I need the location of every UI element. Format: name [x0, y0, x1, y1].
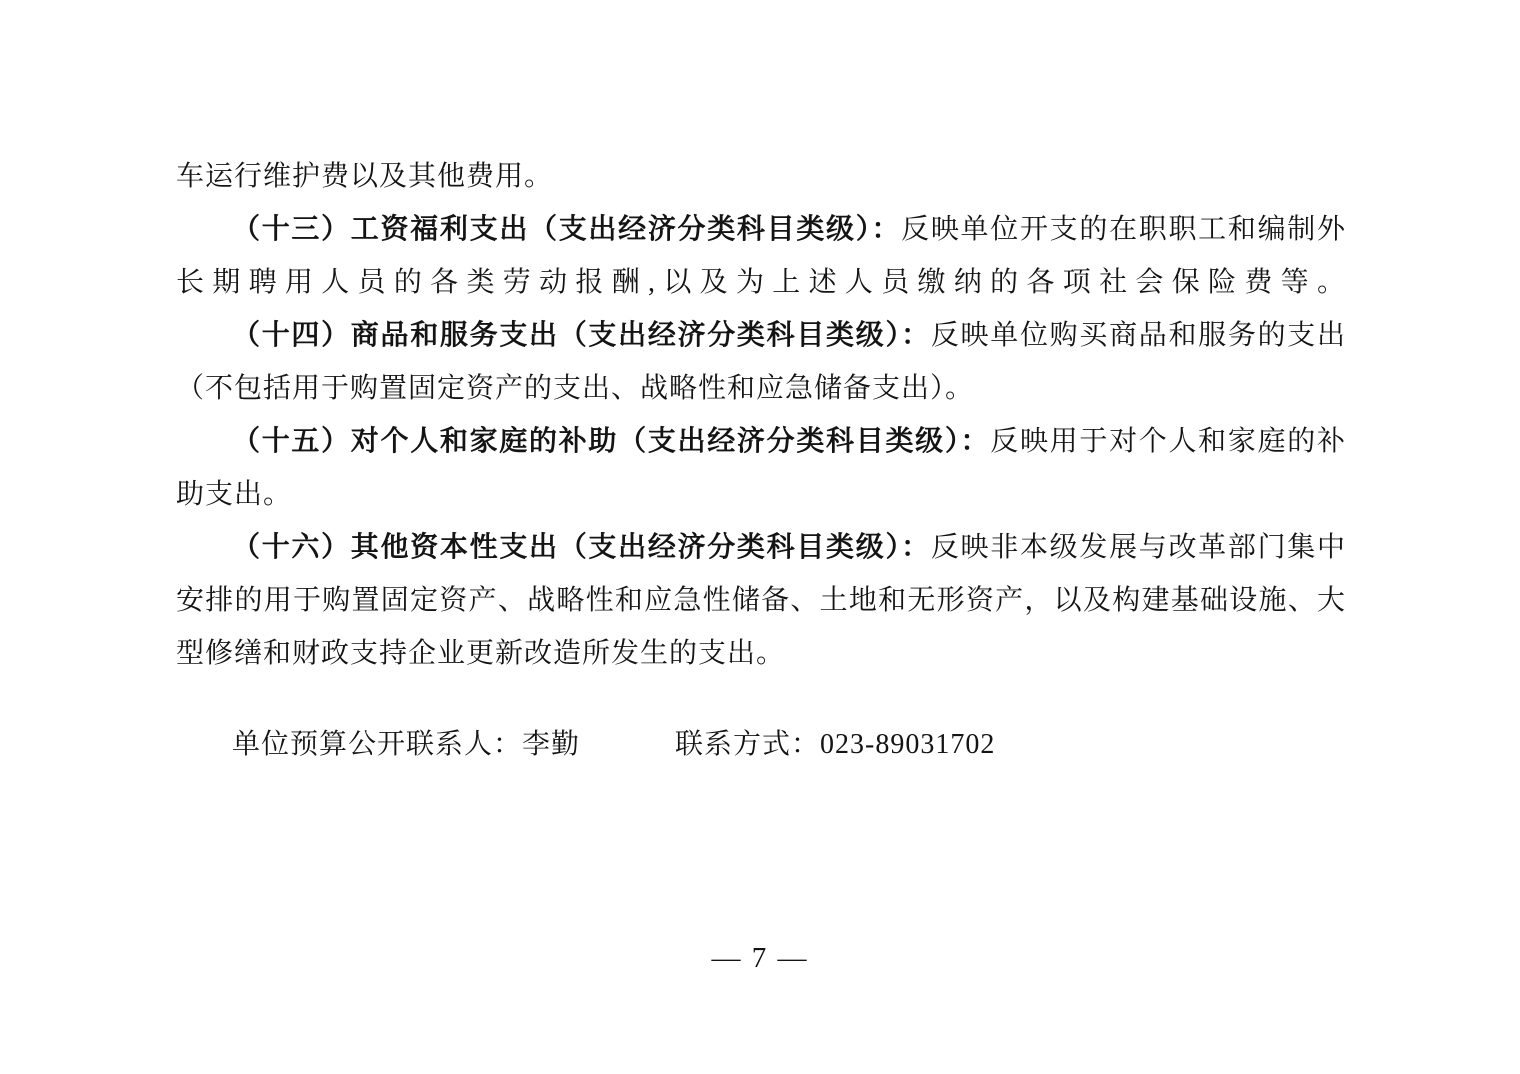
paragraph-heading: （十五）对个人和家庭的补助（支出经济分类科目类级）： [232, 426, 990, 457]
paragraph-heading: （十六）其他资本性支出（支出经济分类科目类级）： [232, 532, 931, 563]
paragraph-text: 长期聘用人员的各类劳动报酬,以及为上述人员缴纳的各项社会保险费等。 [176, 267, 1345, 298]
text-line: （不包括用于购置固定资产的支出、战略性和应急储备支出）。 [176, 362, 1345, 415]
paragraph-text: （不包括用于购置固定资产的支出、战略性和应急储备支出）。 [176, 373, 974, 404]
paragraph-text: 助支出。 [176, 479, 292, 510]
paragraph-text: 反映非本级发展与改革部门集中 [931, 532, 1345, 563]
paragraph-text: 型修缮和财政支持企业更新改造所发生的支出。 [176, 638, 785, 669]
paragraph-text: 反映单位开支的在职职工和编制外 [901, 214, 1345, 245]
paragraph-heading: （十四）商品和服务支出（支出经济分类科目类级）： [232, 320, 931, 351]
paragraph-heading: （十三）工资福利支出（支出经济分类科目类级）： [232, 214, 901, 245]
page-number: — 7 — [0, 933, 1520, 983]
text-line: （十五）对个人和家庭的补助（支出经济分类科目类级）：反映用于对个人和家庭的补 [176, 415, 1345, 468]
paragraph-text: 安排的用于购置固定资产、战略性和应急性储备、土地和无形资产，以及构建基础设施、大 [176, 585, 1345, 616]
text-line: 车运行维护费以及其他费用。 [176, 150, 1345, 203]
text-line: （十四）商品和服务支出（支出经济分类科目类级）：反映单位购买商品和服务的支出 [176, 309, 1345, 362]
paragraph-text: 反映单位购买商品和服务的支出 [931, 320, 1345, 351]
contact-line: 单位预算公开联系人：李勤联系方式：023-89031702 [176, 718, 1345, 771]
text-line: （十六）其他资本性支出（支出经济分类科目类级）：反映非本级发展与改革部门集中 [176, 521, 1345, 574]
paragraph-text: 反映用于对个人和家庭的补 [990, 426, 1345, 457]
contact-person: 单位预算公开联系人：李勤 [232, 729, 580, 760]
text-line: 型修缮和财政支持企业更新改造所发生的支出。 [176, 627, 1345, 680]
text-line: 长期聘用人员的各类劳动报酬,以及为上述人员缴纳的各项社会保险费等。 [176, 256, 1345, 309]
document-body: 车运行维护费以及其他费用。 （十三）工资福利支出（支出经济分类科目类级）：反映单… [176, 150, 1345, 771]
text-line: 安排的用于购置固定资产、战略性和应急性储备、土地和无形资产，以及构建基础设施、大 [176, 574, 1345, 627]
document-page: 车运行维护费以及其他费用。 （十三）工资福利支出（支出经济分类科目类级）：反映单… [0, 0, 1520, 1074]
text-line: 助支出。 [176, 468, 1345, 521]
paragraph-text: 车运行维护费以及其他费用。 [176, 161, 553, 192]
contact-phone: 联系方式：023-89031702 [675, 729, 995, 760]
text-line: （十三）工资福利支出（支出经济分类科目类级）：反映单位开支的在职职工和编制外 [176, 203, 1345, 256]
